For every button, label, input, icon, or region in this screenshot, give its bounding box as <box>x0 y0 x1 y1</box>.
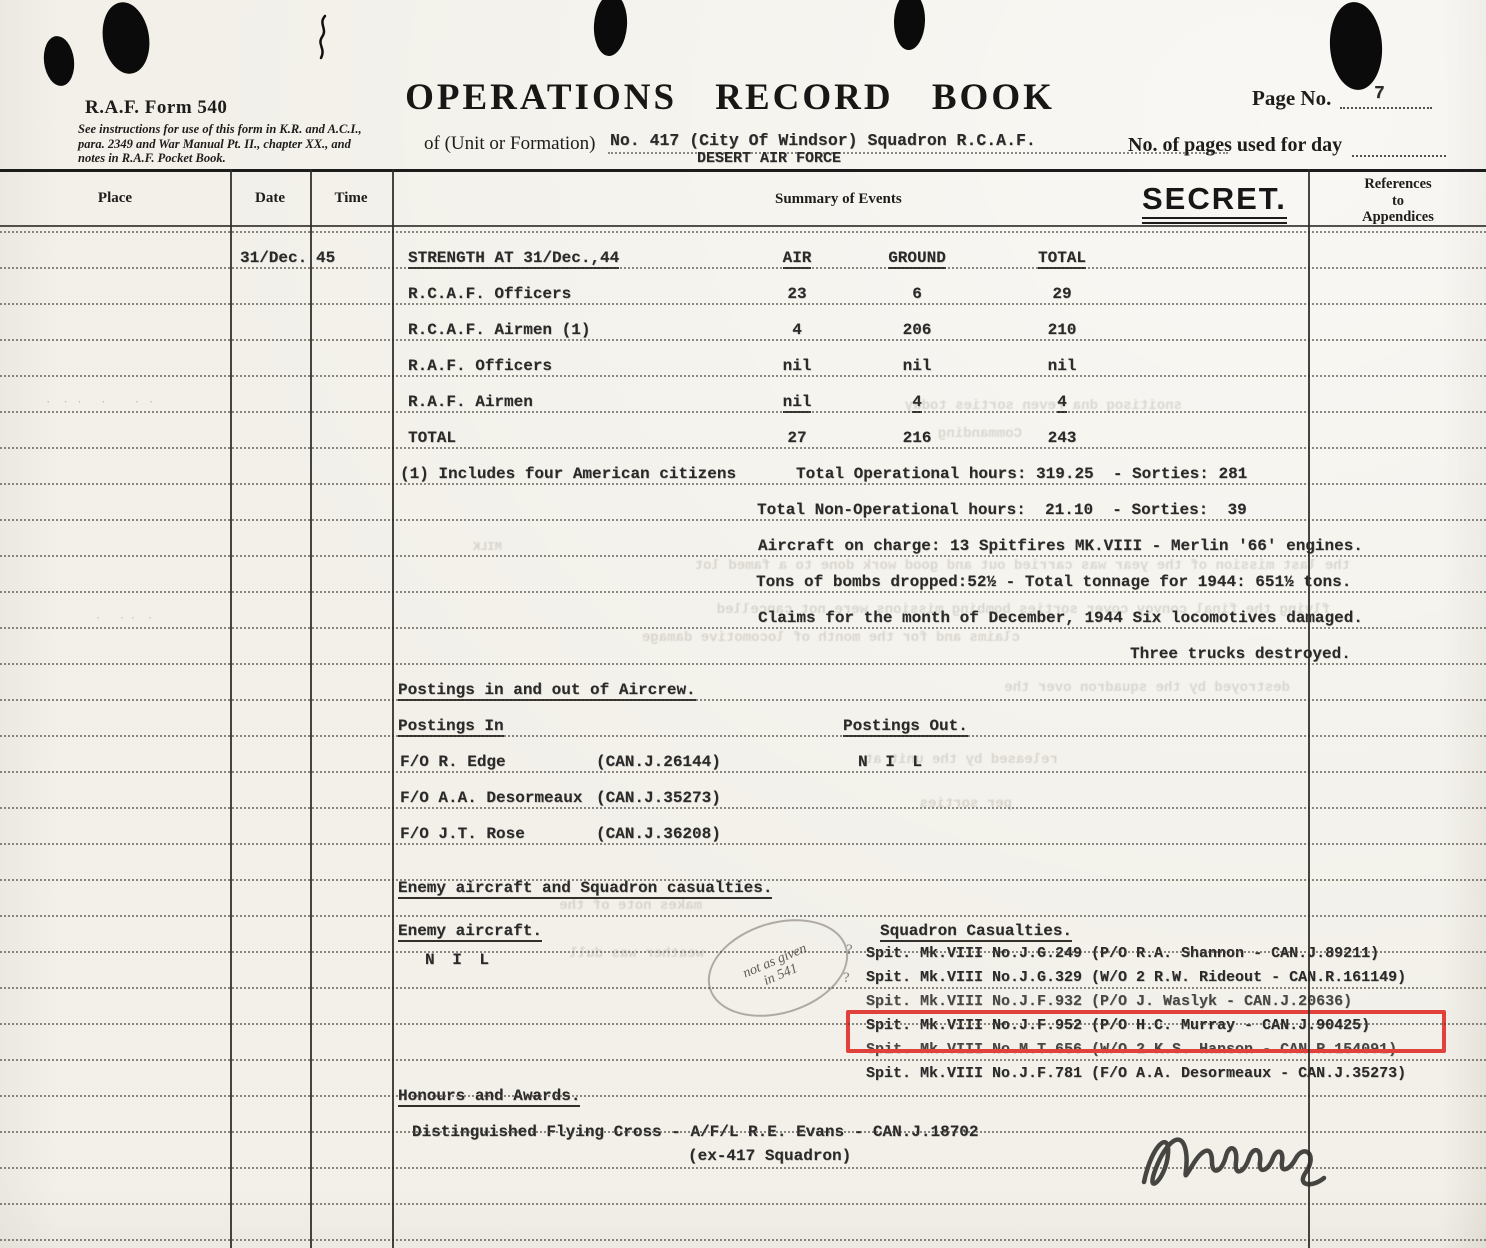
strength-row-total: nil <box>1012 356 1112 376</box>
table-column-border <box>1308 169 1310 1248</box>
ruled-dotted-line <box>0 303 1486 305</box>
bleed-through-text: per sorties <box>882 796 1012 812</box>
ruled-dotted-line <box>0 447 1486 449</box>
postings-heading: Postings in and out of Aircrew. <box>398 680 696 700</box>
ruled-dotted-line <box>0 231 1486 233</box>
strength-col-total: TOTAL <box>1012 248 1112 268</box>
ruled-dotted-line <box>0 519 1486 521</box>
strength-row-ground: nil <box>862 356 972 376</box>
ruled-dotted-line <box>0 1023 1486 1025</box>
column-header-time: Time <box>310 190 392 207</box>
ruled-dotted-line <box>0 1203 1486 1205</box>
strength-row-ground: 206 <box>862 320 972 340</box>
bleed-through-text: weather was dull <box>474 946 704 962</box>
strength-row-label: R.C.A.F. Airmen (1) <box>408 320 590 340</box>
ruled-dotted-line <box>0 339 1486 341</box>
strength-row-label: R.C.A.F. Officers <box>408 284 571 304</box>
column-header-date: Date <box>230 190 310 207</box>
strength-row-total: 29 <box>1012 284 1112 304</box>
enemy-aircraft-label: Enemy aircraft. <box>398 921 542 941</box>
posting-in-serial: (CAN.J.35273) <box>596 788 721 808</box>
strength-row-label: R.A.F. Airmen <box>408 392 533 412</box>
ink-mark <box>315 14 333 62</box>
page-no-label: Page No. <box>1252 86 1331 111</box>
ruled-dotted-line <box>0 879 1486 881</box>
pages-used-line <box>1352 155 1446 157</box>
ruled-dotted-line <box>0 411 1486 413</box>
bleed-through-text: Commanding <box>938 426 1022 442</box>
strength-row-air: nil <box>752 392 842 412</box>
unit-value-2: DESERT AIR FORCE <box>697 149 841 171</box>
ruled-dotted-line <box>0 1239 1486 1241</box>
ruled-dotted-line <box>0 1131 1486 1133</box>
posting-in-serial: (CAN.J.26144) <box>596 752 721 772</box>
strength-row-air: 4 <box>752 320 842 340</box>
casualty-item: Spit. Mk.VIII No.J.G.329 (W/O 2 R.W. Rid… <box>866 968 1406 988</box>
posting-in-serial: (CAN.J.36208) <box>596 824 721 844</box>
stat-aircraft-on-charge: Aircraft on charge: 13 Spitfires MK.VIII… <box>758 536 1363 556</box>
stray-dots: · · · · · · <box>46 394 153 410</box>
stat-operational-hours: Total Operational hours: 319.25 - Sortie… <box>796 464 1247 484</box>
stray-dots: · · · · <box>96 610 152 626</box>
stat-nonoperational-hours: Total Non-Operational hours: 21.10 - Sor… <box>757 500 1247 520</box>
handwritten-annotation-oval: not as given in 541 <box>696 903 861 1033</box>
red-highlight-box <box>846 1010 1446 1053</box>
casualties-heading: Enemy aircraft and Squadron casualties. <box>398 878 772 898</box>
ruled-dotted-line <box>0 663 1486 665</box>
form-instructions: See instructions for use of this form in… <box>78 122 362 166</box>
ruled-dotted-line <box>0 951 1486 953</box>
column-header-summary: Summary of Events <box>775 191 902 208</box>
ruled-dotted-line <box>0 807 1486 809</box>
strength-row-ground: 6 <box>862 284 972 304</box>
ruled-dotted-line <box>0 771 1486 773</box>
entry-time: 45 <box>316 248 335 268</box>
punch-hole <box>41 34 77 87</box>
strength-row-total: 243 <box>1012 428 1112 448</box>
unit-label: of (Unit or Formation) <box>424 133 596 155</box>
casualty-item: Spit. Mk.VIII No.J.F.781 (F/O A.A. Desor… <box>866 1064 1406 1084</box>
posting-in-name: F/O R. Edge <box>400 752 506 772</box>
punch-hole <box>98 0 155 77</box>
strength-row-air: nil <box>752 356 842 376</box>
ruled-dotted-line <box>0 483 1486 485</box>
ruled-dotted-line <box>0 627 1486 629</box>
strength-col-air: AIR <box>752 248 842 268</box>
stat-bombs-dropped: Tons of bombs dropped:52½ - Total tonnag… <box>756 572 1351 592</box>
strength-row-total: 210 <box>1012 320 1112 340</box>
strength-row-air: 23 <box>752 284 842 304</box>
pages-used-label: No. of pages used for day <box>1128 134 1342 157</box>
bleed-through-text: destroyed by the squadron over the <box>830 680 1290 696</box>
bleed-through-text: claims and for the month of locomotive d… <box>420 630 1020 646</box>
page-no-value: 7 <box>1374 84 1385 104</box>
table-column-border <box>392 169 394 1248</box>
ruled-dotted-line <box>0 699 1486 701</box>
ruled-dotted-line <box>0 735 1486 737</box>
punch-hole <box>893 0 926 51</box>
ruled-dotted-line <box>0 1059 1486 1061</box>
punch-hole <box>1327 0 1385 91</box>
form-number: R.A.F. Form 540 <box>85 97 227 119</box>
casualty-item: Spit. Mk.VIII No.J.F.932 (P/O J. Waslyk … <box>866 992 1352 1012</box>
ruled-dotted-line <box>0 591 1486 593</box>
page-no-line <box>1340 107 1432 109</box>
table-column-border <box>310 169 312 1248</box>
posting-in-name: F/O A.A. Desormeaux <box>400 788 582 808</box>
ruled-dotted-line <box>0 267 1486 269</box>
pencil-question-mark: ? <box>843 970 850 987</box>
ruled-dotted-line <box>0 1095 1486 1097</box>
bleed-through-text: released by the unit at <box>758 752 1058 768</box>
strength-row-air: 27 <box>752 428 842 448</box>
honours-line-2: (ex-417 Squadron) <box>688 1146 851 1166</box>
ruled-dotted-line <box>0 987 1486 989</box>
squadron-casualties-label: Squadron Casualties. <box>880 921 1072 941</box>
bleed-through-text: the last mission of the year was carried… <box>470 558 1350 574</box>
column-header-references: References to Appendices <box>1310 176 1486 226</box>
table-column-border <box>230 169 232 1248</box>
ruled-dotted-line <box>0 1167 1486 1169</box>
ruled-dotted-line <box>0 555 1486 557</box>
strength-footnote: (1) Includes four American citizens <box>400 464 736 484</box>
strength-row-label: R.A.F. Officers <box>408 356 552 376</box>
ruled-dotted-line <box>0 843 1486 845</box>
punch-hole <box>592 0 629 57</box>
page-title: OPERATIONS RECORD BOOK <box>380 76 1080 119</box>
column-header-place: Place <box>0 190 230 207</box>
postings-in-label: Postings In <box>398 716 504 736</box>
bleed-through-text: MILK <box>473 540 502 554</box>
secret-stamp: SECRET. <box>1142 181 1287 217</box>
table-top-border <box>0 169 1486 172</box>
strength-col-ground: GROUND <box>862 248 972 268</box>
bleed-through-text: flying the final convoy cover sorties bo… <box>470 602 1330 618</box>
postings-out-label: Postings Out. <box>843 716 968 736</box>
ruled-dotted-line <box>0 915 1486 917</box>
posting-in-name: F/O J.T. Rose <box>400 824 525 844</box>
stat-claims-2: Three trucks destroyed. <box>1130 644 1351 664</box>
entry-date: 31/Dec. <box>240 248 307 268</box>
strength-heading: STRENGTH AT 31/Dec.,44 <box>408 248 619 268</box>
unit-value: No. 417 (City Of Windsor) Squadron R.C.A… <box>610 131 1036 151</box>
ruled-dotted-line <box>0 375 1486 377</box>
scanned-document-page: R.A.F. Form 540 See instructions for use… <box>0 0 1486 1248</box>
strength-row-label: TOTAL <box>408 428 456 448</box>
casualty-item: Spit. Mk.VIII No.J.G.249 (P/O R.A. Shann… <box>866 944 1379 964</box>
table-header-bottom-border <box>0 225 1486 227</box>
bleed-through-text: makes note of the <box>432 898 702 914</box>
